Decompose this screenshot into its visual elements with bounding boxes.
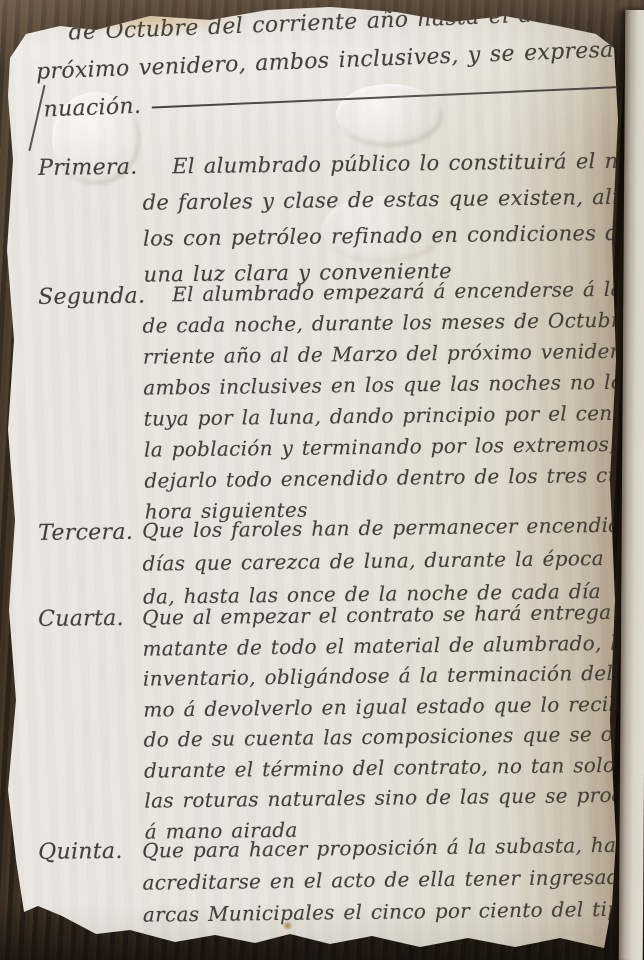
section-text: El alumbrado empezará á encenderse á la … xyxy=(142,274,633,528)
text-line: arcas Municipales el cinco por ciento de… xyxy=(143,893,631,931)
divider-rule-line xyxy=(151,86,619,108)
section-text: El alumbrado público lo constituirá el n… xyxy=(142,143,632,293)
section-text: Que para hacer proposición á la subasta,… xyxy=(142,829,631,931)
section-primera: Primera. El alumbrado público lo constit… xyxy=(30,143,632,294)
section-text: Que al empezar el contrato se hará entre… xyxy=(142,597,633,847)
section-label: Cuarta. xyxy=(38,604,124,636)
section-quinta: Quinta. Que para hacer proposición á la … xyxy=(30,829,631,932)
section-label: Tercera. xyxy=(38,516,133,550)
section-cuarta: Cuarta. Que al empezar el contrato se ha… xyxy=(30,597,633,848)
section-label: Primera. xyxy=(38,150,138,187)
text-line: los con petróleo refinado en condiciones… xyxy=(143,215,631,257)
manuscript-photo: de Octubre del corriente año hasta el de… xyxy=(0,0,644,960)
text-line: de faroles y clase de estas que existen,… xyxy=(142,179,630,221)
text-line: las roturas naturales sino de las que se… xyxy=(144,780,632,816)
text-line: dejarlo todo encendido dentro de los tre… xyxy=(144,460,632,497)
section-label: Segunda. xyxy=(38,281,145,313)
text-line: El alumbrado público lo constituirá el n… xyxy=(172,143,630,185)
manuscript-page: de Octubre del corriente año hasta el de… xyxy=(0,0,644,960)
section-label: Quinta. xyxy=(38,836,123,869)
section-segunda: Segunda. El alumbrado empezará á encende… xyxy=(30,274,633,529)
opening-line-text: nuación. xyxy=(43,88,142,130)
